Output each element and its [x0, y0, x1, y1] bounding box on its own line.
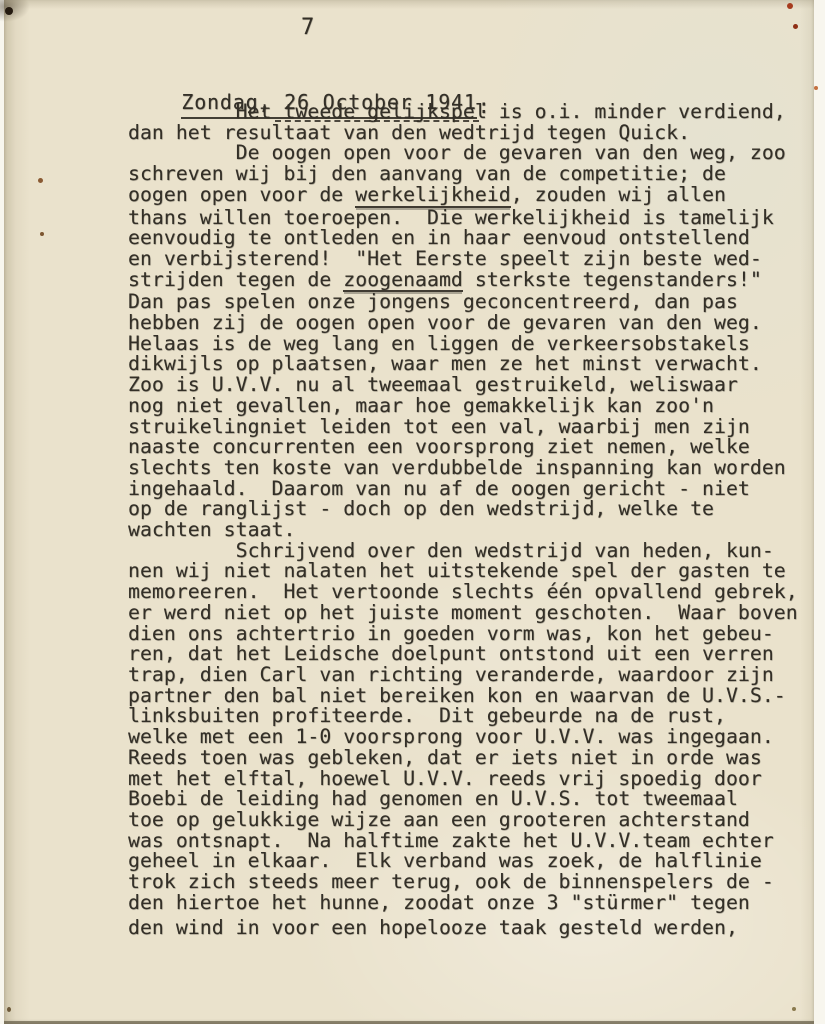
- paper-speck: [38, 178, 43, 183]
- text-line: met het elftal, hoewel U.V.V. reeds vrij…: [128, 769, 798, 790]
- text-line: memoreeren. Het vertoonde slechts één op…: [128, 582, 798, 603]
- text-line: partner den bal niet bereiken kon en waa…: [128, 686, 798, 707]
- text-line: er werd niet op het juiste moment gescho…: [128, 603, 798, 624]
- paper-speck: [40, 232, 44, 236]
- text-line: Boebi de leiding had genomen en U.V.S. t…: [128, 789, 798, 810]
- text-line: dien ons achtertrio in goeden vorm was, …: [128, 624, 798, 645]
- text-line: nog niet gevallen, maar hoe gemakkelijk …: [128, 396, 798, 417]
- text-line: en verbijsterend! "Het Eerste speelt zij…: [128, 249, 798, 270]
- text-line: Helaas is de weg lang en liggen de verke…: [128, 334, 798, 355]
- text-line: trok zich steeds meer terug, ook de binn…: [128, 872, 798, 893]
- text-line: wachten staat.: [128, 520, 798, 541]
- text-line: dan het resultaat van den wedtrijd tegen…: [128, 123, 798, 144]
- text-line: slechts ten koste van verdubbelde inspan…: [128, 458, 798, 479]
- text-line: strijden tegen de zoogenaamd sterkste te…: [128, 270, 798, 293]
- underlined-word: werkelijkheid: [355, 185, 510, 208]
- text-line: was ontsnapt. Na halftime zakte het U.V.…: [128, 831, 798, 852]
- text-line: nen wij niet nalaten het uitstekende spe…: [128, 561, 798, 582]
- text-line: Dan pas spelen onze jongens geconcentree…: [128, 292, 798, 313]
- rust-speck: [787, 3, 793, 9]
- text-line: op de ranglijst - doch op den wedstrijd,…: [128, 499, 798, 520]
- text-line: trap, dien Carl van richting veranderde,…: [128, 665, 798, 686]
- text-line: thans willen toeroepen. Die werkelijkhei…: [128, 208, 798, 229]
- text-line: ren, dat het Leidsche doelpunt ontstond …: [128, 644, 798, 665]
- page-number: 7: [301, 15, 314, 41]
- text-line: toe op gelukkige wijze aan een grooteren…: [128, 810, 798, 831]
- text-line: hebben zij de oogen open voor de gevaren…: [128, 313, 798, 334]
- document-scan: 7 Zondag, 26 October 1941: Het tweede ge…: [0, 0, 825, 1024]
- text-line: ingehaald. Daarom van nu af de oogen ger…: [128, 479, 798, 500]
- text-line: schreven wij bij den aanvang van de comp…: [128, 164, 798, 185]
- text-line: eenvoudig te ontleden en in haar eenvoud…: [128, 228, 798, 249]
- text-line: Zoo is U.V.V. nu al tweemaal gestruikeld…: [128, 375, 798, 396]
- underlined-word: zoogenaamd: [343, 270, 463, 293]
- text-line: linksbuiten profiteerde. Dit gebeurde na…: [128, 706, 798, 727]
- text-line: Reeds toen was gebleken, dat er iets nie…: [128, 748, 798, 769]
- body-text: Het tweede gelijkspel is o.i. minder ver…: [128, 102, 798, 939]
- ink-speck: [5, 7, 13, 15]
- text-line: naaste concurrenten een voorsprong ziet …: [128, 437, 798, 458]
- text-line: dikwijls op plaatsen, waar men ze het mi…: [128, 354, 798, 375]
- text-line: De oogen open voor de gevaren van den we…: [128, 143, 798, 164]
- rust-speck: [793, 24, 798, 29]
- text-line: geheel in elkaar. Elk verband was zoek, …: [128, 851, 798, 872]
- text-line: oogen open voor de werkelijkheid, zouden…: [128, 185, 798, 208]
- paper-speck: [792, 1007, 796, 1011]
- text-line: den wind in voor een hopelooze taak gest…: [128, 918, 798, 939]
- text-line: den hiertoe het hunne, zoodat onze 3 "st…: [128, 893, 798, 914]
- rust-speck: [814, 86, 818, 90]
- text-line: welke met een 1-0 voorsprong voor U.V.V.…: [128, 727, 798, 748]
- text-line: Het tweede gelijkspel is o.i. minder ver…: [128, 102, 798, 123]
- text-line: Schrijvend over den wedstrijd van heden,…: [128, 541, 798, 562]
- paper-speck: [7, 1007, 11, 1012]
- text-line: struikelingniet leiden tot een val, waar…: [128, 417, 798, 438]
